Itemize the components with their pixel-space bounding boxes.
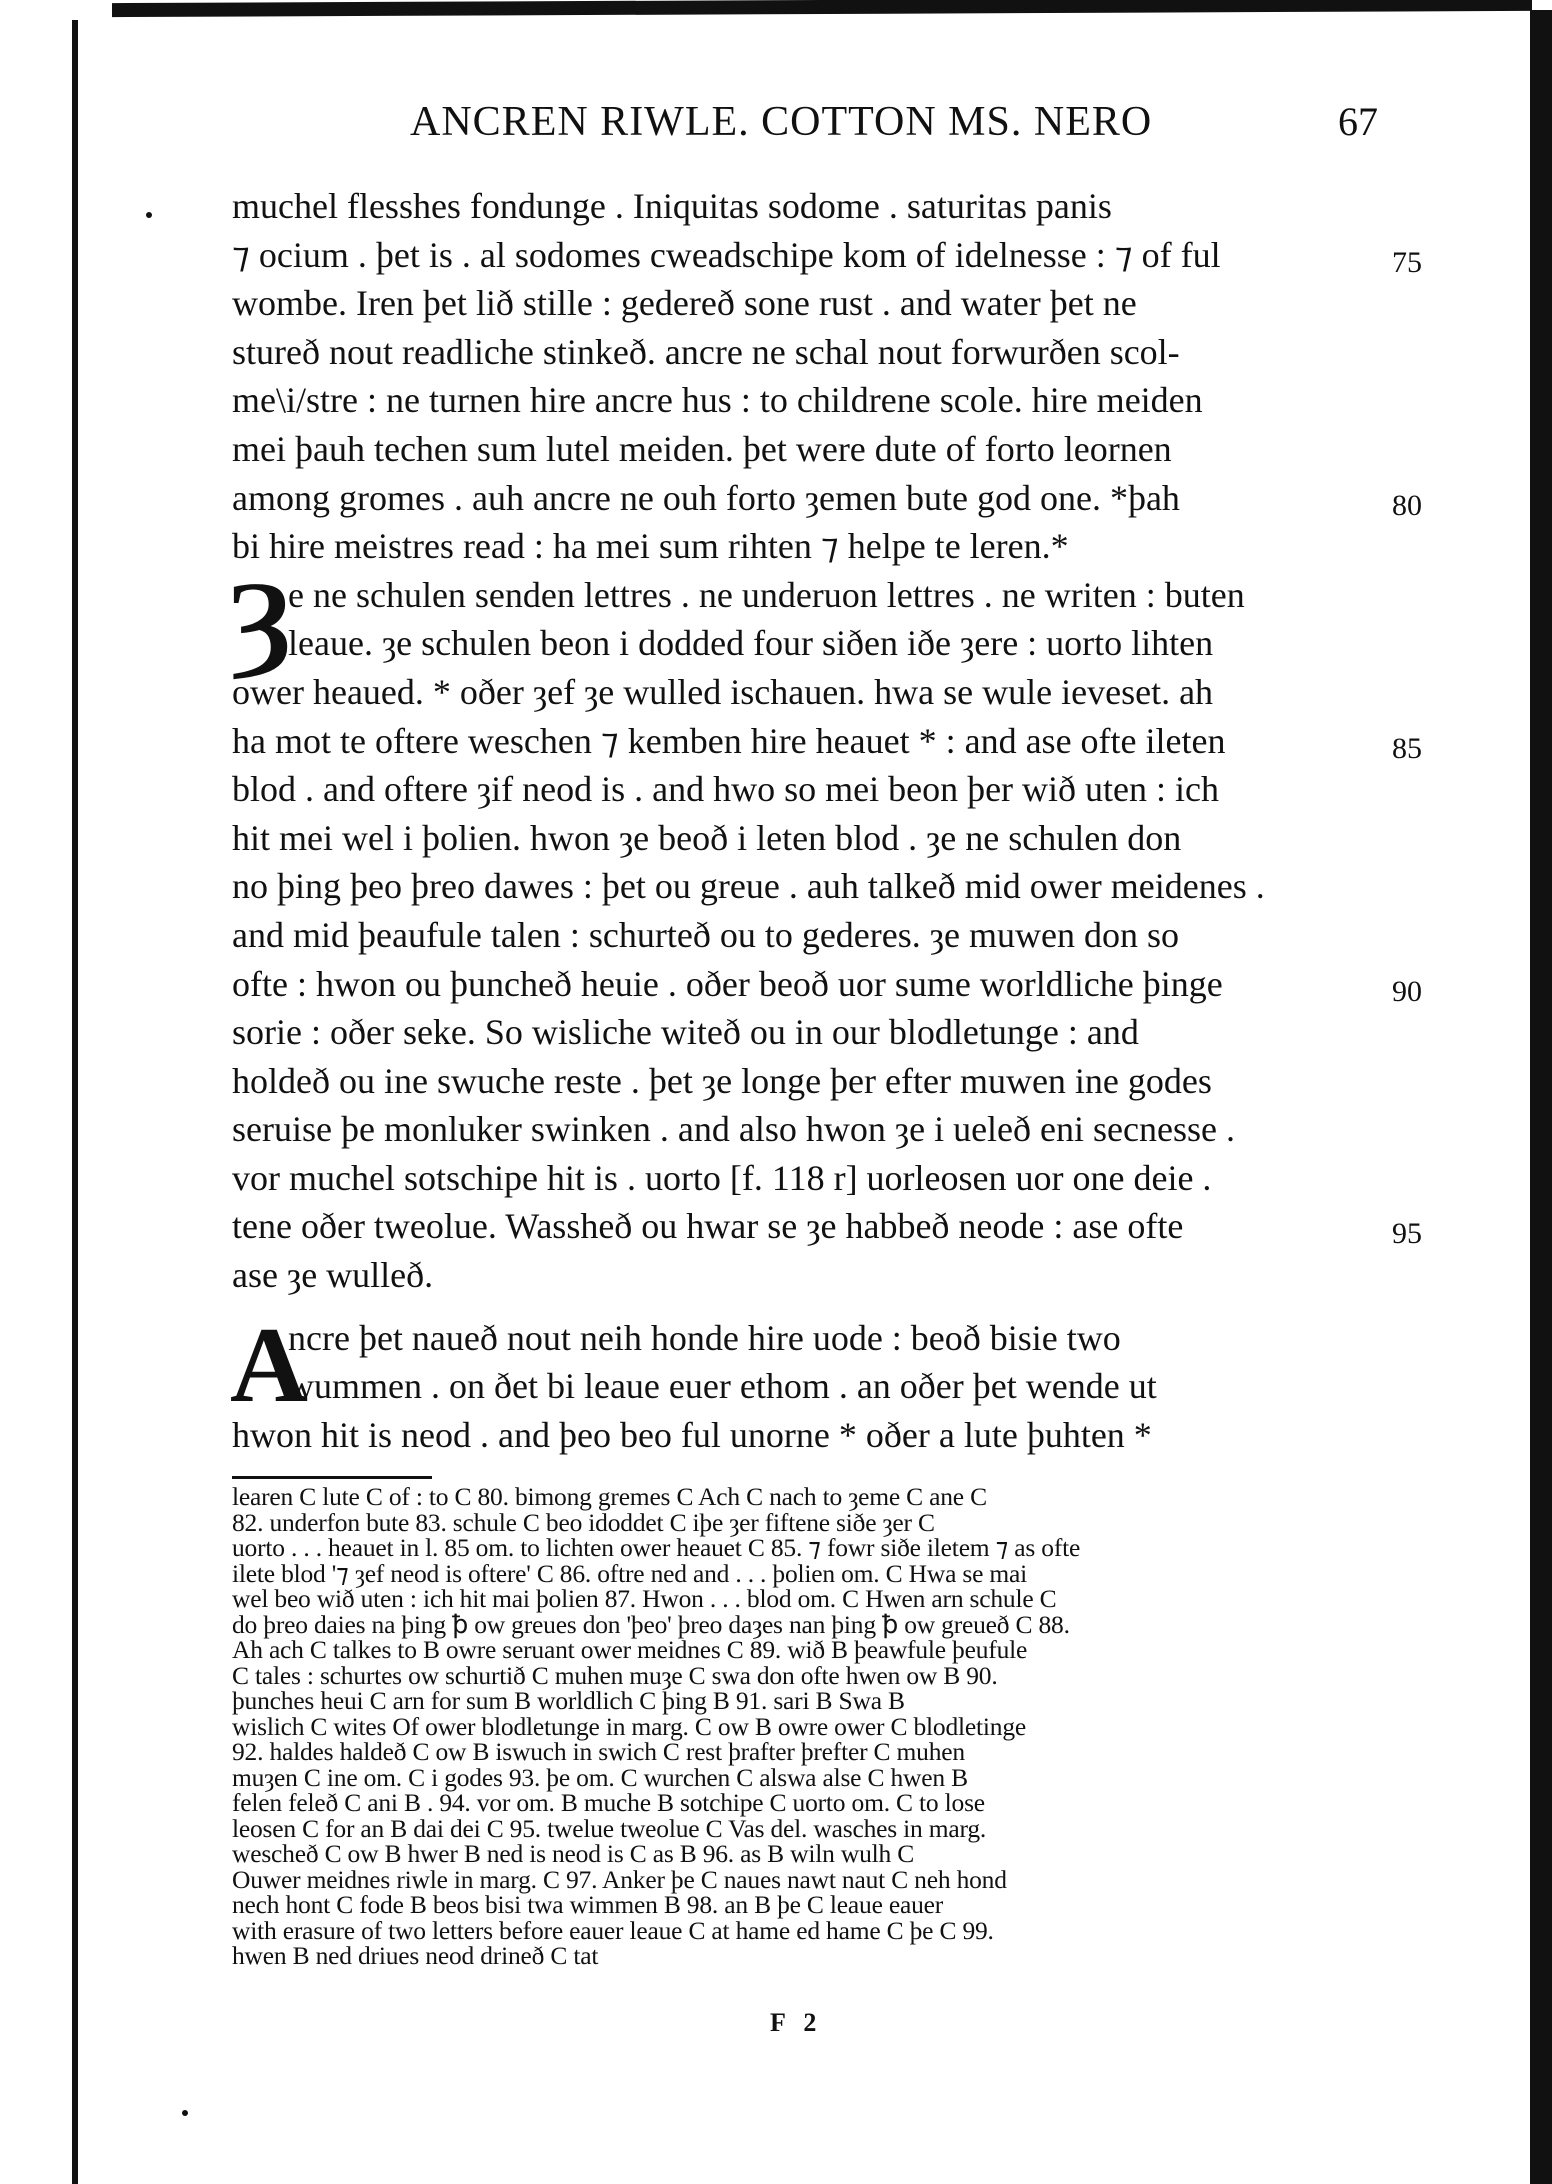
footnote-line: Ah ach C talkes to B owre seruant ower m…: [232, 1637, 1382, 1663]
text-line: blod . and oftere ȝif neod is . and hwo …: [232, 765, 1382, 814]
margin-speck: [146, 212, 152, 218]
page-left-edge: [72, 20, 78, 2184]
text-line: e ne schulen senden lettres . ne underuo…: [232, 571, 1382, 620]
footnote-line: C tales : schurtes ow schurtið C muhen m…: [232, 1663, 1382, 1689]
text-line: me\i/stre : ne turnen hire ancre hus : t…: [232, 376, 1382, 425]
footnote-line: hwen B ned driues neod drineð C tat: [232, 1943, 1382, 1969]
footnote-line: do þreo daies na þing ꝥ ow greues don 'þ…: [232, 1612, 1382, 1638]
text-line: wummen . on ðet bi leaue euer ethom . an…: [232, 1362, 1382, 1411]
text-line: bi hire meistres read : ha mei sum rihte…: [232, 522, 1382, 571]
text-line: mei þauh techen sum lutel meiden. þet we…: [232, 425, 1382, 474]
footnote-line: ilete blod '⁊ ȝef neod is oftere' C 86. …: [232, 1561, 1382, 1587]
footnote-line: 82. underfon bute 83. schule C beo idodd…: [232, 1510, 1382, 1536]
text-line: ⁊ ocium . þet is . al sodomes cweadschip…: [232, 231, 1382, 280]
line-number: 85: [1392, 725, 1422, 774]
line-number: 75: [1392, 239, 1422, 288]
footnote-line: learen C lute C of : to C 80. bimong gre…: [232, 1484, 1382, 1510]
paragraph: A ncre þet naueð nout neih honde hire uo…: [232, 1314, 1382, 1460]
text-line: wombe. Iren þet lið stille : gedereð son…: [232, 279, 1382, 328]
text-line: hwon hit is neod . and þeo beo ful unorn…: [232, 1411, 1382, 1460]
text-line: ncre þet naueð nout neih honde hire uode…: [232, 1314, 1382, 1363]
paragraph: Ȝ e ne schulen senden lettres . ne under…: [232, 571, 1382, 1300]
text-line: hit mei wel i þolien. hwon ȝe beoð i let…: [232, 814, 1382, 863]
footnote-rule: [232, 1476, 432, 1479]
text-line: ofte : hwon ou þuncheð heuie . oðer beoð…: [232, 960, 1382, 1009]
main-text: muchel flesshes fondunge . Iniquitas sod…: [232, 182, 1382, 1459]
running-title: ANCREN RIWLE. COTTON MS. NERO: [410, 98, 1152, 146]
text-line: ower heaued. * oðer ȝef ȝe wulled ischau…: [232, 668, 1382, 717]
footnote-line: wescheð C ow B hwer B ned is neod is C a…: [232, 1841, 1382, 1867]
footnote-line: þunches heui C arn for sum B worldlich C…: [232, 1688, 1382, 1714]
footnotes: learen C lute C of : to C 80. bimong gre…: [232, 1484, 1382, 1969]
footnote-line: nech hont C fode B beos bisi twa wimmen …: [232, 1892, 1382, 1918]
text-line: seruise þe monluker swinken . and also h…: [232, 1105, 1382, 1154]
page-top-edge: [112, 0, 1532, 17]
line-number: 90: [1392, 968, 1422, 1017]
text-line: leaue. ȝe schulen beon i dodded four sið…: [232, 619, 1382, 668]
text-line: tene oðer tweolue. Wassheð ou hwar se ȝe…: [232, 1202, 1382, 1251]
footnote-line: Ouwer meidnes riwle in marg. C 97. Anker…: [232, 1867, 1382, 1893]
footnote-line: felen feleð C ani B . 94. vor om. B much…: [232, 1790, 1382, 1816]
text-line: among gromes . auh ancre ne ouh forto ȝe…: [232, 474, 1382, 523]
text-line: ha mot te oftere weschen ⁊ kemben hire h…: [232, 717, 1382, 766]
footnote-line: leosen C for an B dai dei C 95. twelue t…: [232, 1816, 1382, 1842]
text-line: vor muchel sotschipe hit is . uorto [f. …: [232, 1154, 1382, 1203]
text-line: no þing þeo þreo dawes : þet ou greue . …: [232, 862, 1382, 911]
line-number: 95: [1392, 1210, 1422, 1259]
text-line: holdeð ou ine swuche reste . þet ȝe long…: [232, 1057, 1382, 1106]
footnote-line: wislich C wites Of ower blodletunge in m…: [232, 1714, 1382, 1740]
margin-speck: [182, 2110, 188, 2116]
footnote-line: 92. haldes haldeð C ow B iswuch in swich…: [232, 1739, 1382, 1765]
page-right-edge: [1530, 10, 1552, 2184]
footnote-line: uorto . . . heauet in l. 85 om. to licht…: [232, 1535, 1382, 1561]
text-line: muchel flesshes fondunge . Iniquitas sod…: [232, 182, 1382, 231]
text-line: and mid þeaufule talen : schurteð ou to …: [232, 911, 1382, 960]
page-number: 67: [1338, 98, 1378, 145]
footnote-line: with erasure of two letters before eauer…: [232, 1918, 1382, 1944]
text-line: sorie : oðer seke. So wisliche witeð ou …: [232, 1008, 1382, 1057]
text-line: ase ȝe wulleð.: [232, 1251, 1382, 1300]
running-header: ANCREN RIWLE. COTTON MS. NERO 67: [0, 98, 1552, 158]
signature-mark: F 2: [770, 2008, 822, 2038]
text-line: stureð nout readliche stinkeð. ancre ne …: [232, 328, 1382, 377]
footnote-line: muȝen C ine om. C i godes 93. þe om. C w…: [232, 1765, 1382, 1791]
footnote-line: wel beo wið uten : ich hit mai þolien 87…: [232, 1586, 1382, 1612]
line-number: 80: [1392, 482, 1422, 531]
